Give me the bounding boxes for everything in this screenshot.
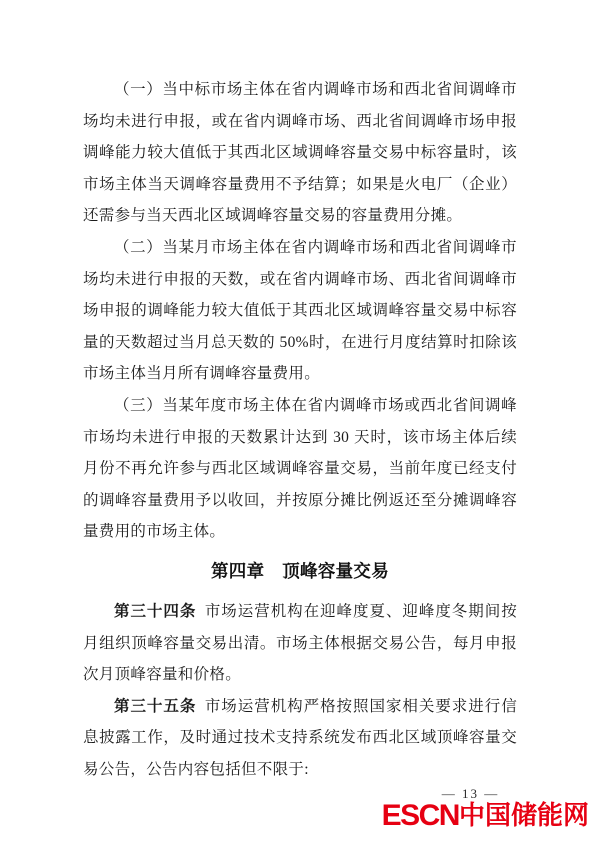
clause-paragraph-3: （三）当某年度市场主体在省内调峰市场或西北省间调峰市场均未进行申报的天数累计达到… (83, 390, 517, 548)
document-page: （一）当中标市场主体在省内调峰市场和西北省间调峰市场均未进行申报，或在省内调峰市… (0, 0, 600, 848)
article-34-label: 第三十四条 (114, 603, 196, 620)
article-35-label: 第三十五条 (114, 698, 196, 715)
clause-paragraph-2: （二）当某月市场主体在省内调峰市场和西北省间调峰市场均未进行申报的天数，或在省内… (83, 232, 517, 390)
escn-logo: ESCN中国储能网 (382, 800, 589, 836)
article-paragraph-35: 第三十五条市场运营机构严格按照国家相关要求进行信息披露工作，及时通过技术支持系统… (83, 691, 517, 786)
chapter-heading: 第四章 顶峰容量交易 (83, 556, 517, 586)
escn-logo-en-text: ESCN (382, 799, 459, 832)
document-body: （一）当中标市场主体在省内调峰市场和西北省间调峰市场均未进行申报，或在省内调峰市… (83, 74, 517, 785)
clause-paragraph-1: （一）当中标市场主体在省内调峰市场和西北省间调峰市场均未进行申报，或在省内调峰市… (83, 74, 517, 232)
escn-logo-cn-text: 中国储能网 (459, 800, 589, 830)
article-paragraph-34: 第三十四条市场运营机构在迎峰度夏、迎峰度冬期间按月组织顶峰容量交易出清。市场主体… (83, 596, 517, 691)
